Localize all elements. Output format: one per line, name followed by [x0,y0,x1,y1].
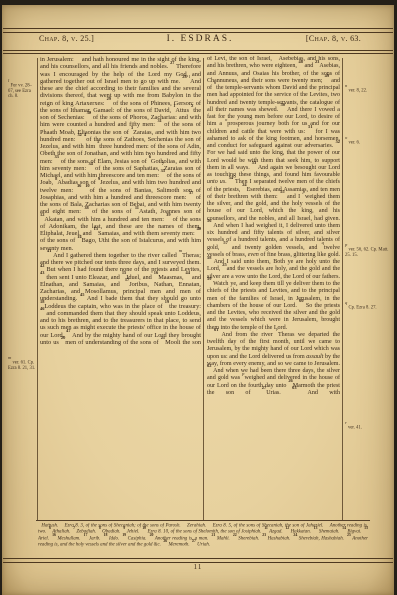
page-title: I. ESDRAS. [167,34,234,44]
margin-cross-reference: n ver. 8, 22. [345,88,392,94]
left-margin-rule [37,58,38,520]
margin-cross-reference: m ver. 61. Cp. Ezra 8. 21, 31. [6,360,36,371]
margin-cross-reference: r ver. 41. [345,425,392,431]
scripture-paragraph: in Jerusalem: 26 and hath honoured me in… [40,56,201,252]
footnotes: 1 Hattush. 2 Ezra 8. 3, of the sons of S… [38,523,368,557]
left-margin-notes: l For vv. 28–67, see Ezra ch. 8.m ver. 6… [6,56,36,520]
page-number: 11 [2,563,394,571]
header-rule [3,50,393,54]
footnote-rule [36,520,370,521]
margin-cross-reference: l For vv. 28–67, see Ezra ch. 8. [6,83,36,100]
right-margin-notes: n ver. 8, 22.o ver. 6.p ver. 56, 62. Cp.… [345,56,392,520]
book-page: Chap. 8, v. 25.] I. ESDRAS. [Chap. 8, v.… [2,5,394,595]
column-divider-rule [203,58,204,520]
scripture-paragraph: of Levi, the son of Israel, 22Asebebias,… [207,56,340,332]
top-rule [3,28,393,33]
margin-cross-reference: o ver. 6. [345,140,392,146]
header-chapter-left: Chap. 8, v. 25.] [39,34,94,43]
margin-cross-reference: q Cp. Ezra 8. 27. [345,305,392,311]
header-chapter-right: [Chap. 8, v. 63. [306,34,361,43]
text-column-right: of Levi, the son of Israel, 22Asebebias,… [207,56,340,520]
bottom-rule [3,558,393,563]
scripture-paragraph: 61 And from the river rTheras we departe… [207,332,340,397]
running-header: Chap. 8, v. 25.] I. ESDRAS. [Chap. 8, v.… [39,34,361,48]
margin-cross-reference: p ver. 56, 62. Cp. Matt. 25. 15. [345,247,392,258]
scripture-paragraph: 41 And I gathered them together to the r… [40,252,201,346]
text-column-left: in Jerusalem: 26 and hath honoured me in… [40,56,201,520]
right-margin-rule [342,58,343,520]
